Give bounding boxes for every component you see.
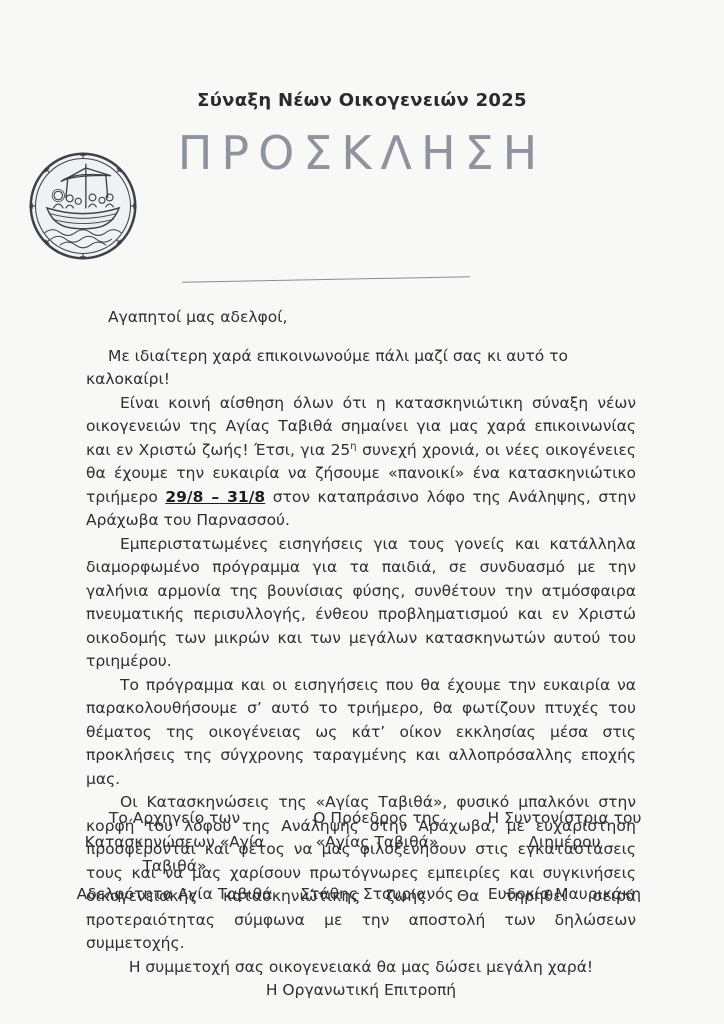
closing-wish: Η συμμετοχή σας οικογενειακά θα μας δώσε… xyxy=(86,956,636,980)
divider-line xyxy=(182,276,470,283)
signature-block: Το Αρχηγείο των Κατασκηνώσεων «Αγία Ταβι… xyxy=(72,806,652,906)
paragraph-intro: Με ιδιαίτερη χαρά επικοινωνούμε πάλι μαζ… xyxy=(86,345,636,392)
salutation: Αγαπητοί μας αδελφοί, xyxy=(86,306,636,330)
signature-role: Ο Πρόεδρος της «Αγίας Ταβιθά» xyxy=(295,806,460,854)
paragraph-program: Εμπεριστατωμένες εισηγήσεις για τους γον… xyxy=(86,533,636,674)
signature-name: Αδελφότητα Αγία Ταβιθά xyxy=(72,882,277,906)
paragraph-theme: Το πρόγραμμα και οι εισηγήσεις που θα έχ… xyxy=(86,674,636,792)
paragraph-synaxi: Είναι κοινή αίσθηση όλων ότι η κατασκηνι… xyxy=(86,392,636,533)
signature-column-coordinator: Η Συντονίστρια του Διημέρου Ευδοκία Μαυρ… xyxy=(477,806,652,906)
signature-role: Το Αρχηγείο των Κατασκηνώσεων «Αγία Ταβι… xyxy=(72,806,277,878)
signature-column-president: Ο Πρόεδρος της «Αγίας Ταβιθά» Στάθης Στα… xyxy=(295,806,460,906)
scanned-letter-page: Σύναξη Νέων Οικογενειών 2025 ΠΡΟΣΚΛΗΣΗ xyxy=(0,0,724,1024)
signature-name: Ευδοκία Μαυρικάκη xyxy=(477,882,652,906)
organizing-committee: Η Οργανωτική Επιτροπή xyxy=(86,979,636,1003)
signature-column-camp-hq: Το Αρχηγείο των Κατασκηνώσεων «Αγία Ταβι… xyxy=(72,806,277,906)
event-title: Σύναξη Νέων Οικογενειών 2025 xyxy=(0,90,724,111)
boat-seal-icon xyxy=(26,146,140,266)
camp-dates: 29/8 – 31/8 xyxy=(165,488,265,506)
signature-role: Η Συντονίστρια του Διημέρου xyxy=(477,806,652,854)
signature-name: Στάθης Σταυριανός xyxy=(295,882,460,906)
